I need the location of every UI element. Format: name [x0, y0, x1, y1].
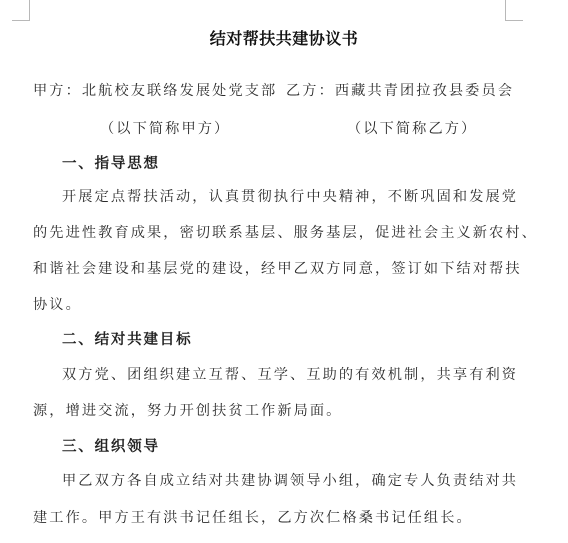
party-b-line: 乙方：西藏共青团拉孜县委员会	[286, 80, 514, 100]
page-corner-mark-top-right	[505, 0, 523, 21]
paragraph-line: 开展定点帮扶活动，认真贯彻执行中央精神，不断巩固和发展党	[62, 186, 518, 206]
document-title: 结对帮扶共建协议书	[0, 26, 568, 49]
party-b-alias: （以下简称乙方）	[347, 118, 477, 138]
section-heading-pairing-goals: 二、结对共建目标	[62, 328, 192, 349]
paragraph-line: 的先进性教育成果，密切联系基层、服务基层，促进社会主义新农村、	[33, 222, 538, 242]
paragraph-line: 协议。	[33, 294, 82, 314]
party-a-alias: （以下简称甲方）	[100, 118, 230, 138]
paragraph-line: 建工作。甲方王有洪书记任组长，乙方次仁格桑书记任组长。	[33, 507, 473, 527]
page-corner-mark-top-left	[12, 0, 30, 21]
paragraph-line: 双方党、团组织建立互帮、互学、互助的有效机制，共享有利资	[62, 364, 518, 384]
section-heading-guiding-ideology: 一、指导思想	[62, 152, 160, 173]
paragraph-line: 和谐社会建设和基层党的建设，经甲乙双方同意，签订如下结对帮扶	[33, 258, 522, 278]
paragraph-line: 源，增进交流，努力开创扶贫工作新局面。	[33, 400, 342, 420]
section-heading-organization-leadership: 三、组织领导	[62, 435, 160, 456]
paragraph-line: 甲乙双方各自成立结对共建协调领导小组，确定专人负责结对共	[62, 470, 518, 490]
party-a-line: 甲方：北航校友联络发展处党支部	[33, 80, 277, 100]
